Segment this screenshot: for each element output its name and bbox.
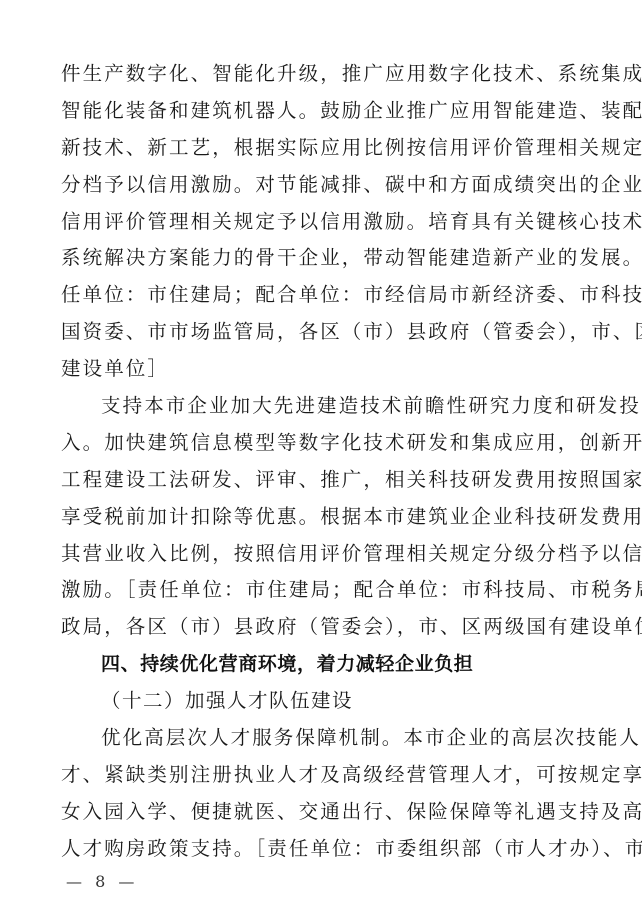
paragraph-talent-services: 优化高层次人才服务保障机制。本市企业的高层次技能人 才、紧缺类别注册执业人才及高… — [61, 720, 583, 868]
page-number: — 8 — — [66, 872, 138, 891]
text-line: 才、紧缺类别注册执业人才及高级经营管理人才，可按规定享受子 — [61, 757, 583, 794]
text-line: 件生产数字化、智能化升级，推广应用数字化技术、系统集成技术、 — [61, 56, 583, 93]
subsection-heading: （十二）加强人才队伍建设 — [61, 683, 583, 720]
text-line: 其营业收入比例，按照信用评价管理相关规定分级分档予以信用 — [61, 536, 583, 573]
text-line: 激励。［责任单位：市住建局；配合单位：市科技局、市税务局、市财 — [61, 572, 583, 609]
text-line: 信用评价管理相关规定予以信用激励。培育具有关键核心技术和 — [61, 204, 583, 241]
text-line: 支持本市企业加大先进建造技术前瞻性研究力度和研发投 — [61, 388, 583, 425]
text-line: 人才购房政策支持。［责任单位：市委组织部（市人才办）、市教育 — [61, 831, 583, 868]
paragraph-smart-construction: 件生产数字化、智能化升级，推广应用数字化技术、系统集成技术、 智能化装备和建筑机… — [61, 56, 583, 388]
text-line: 分档予以信用激励。对节能减排、碳中和方面成绩突出的企业按 — [61, 167, 583, 204]
text-line: 智能化装备和建筑机器人。鼓励企业推广应用智能建造、装配式 — [61, 93, 583, 130]
document-body: 件生产数字化、智能化升级，推广应用数字化技术、系统集成技术、 智能化装备和建筑机… — [61, 56, 583, 868]
text-line: 入。加快建筑信息模型等数字化技术研发和集成应用，创新开展 — [61, 425, 583, 462]
text-line: 国资委、市市场监管局，各区（市）县政府（管委会），市、区两级国有 — [61, 314, 583, 351]
text-line: 政局，各区（市）县政府（管委会），市、区两级国有建设单位］ — [61, 609, 583, 646]
text-line: 建设单位］ — [61, 351, 583, 388]
text-line: 女入园入学、便捷就医、交通出行、保险保障等礼遇支持及高层次 — [61, 794, 583, 831]
text-line: 新技术、新工艺，根据实际应用比例按信用评价管理相关规定分级 — [61, 130, 583, 167]
text-line: 工程建设工法研发、评审、推广，相关科技研发费用按照国家规定 — [61, 462, 583, 499]
text-line: 任单位：市住建局；配合单位：市经信局市新经济委、市科技局、市 — [61, 277, 583, 314]
text-line: 优化高层次人才服务保障机制。本市企业的高层次技能人 — [61, 720, 583, 757]
section-heading: 四、持续优化营商环境，着力减轻企业负担 — [61, 646, 583, 683]
paragraph-rd-support: 支持本市企业加大先进建造技术前瞻性研究力度和研发投 入。加快建筑信息模型等数字化… — [61, 388, 583, 646]
text-line: 享受税前加计扣除等优惠。根据本市建筑业企业科技研发费用占 — [61, 499, 583, 536]
document-page: 件生产数字化、智能化升级，推广应用数字化技术、系统集成技术、 智能化装备和建筑机… — [0, 0, 642, 900]
text-line: 系统解决方案能力的骨干企业，带动智能建造新产业的发展。［责 — [61, 240, 583, 277]
